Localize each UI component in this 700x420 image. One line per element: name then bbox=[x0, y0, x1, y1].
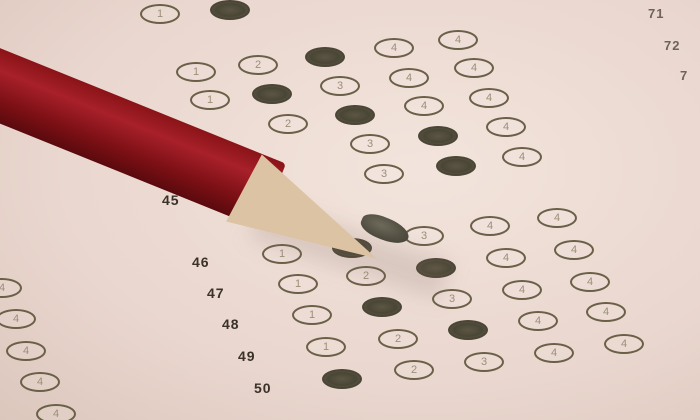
answer-bubble: 4 bbox=[20, 372, 60, 392]
answer-bubble-q49: 1 bbox=[306, 337, 346, 357]
margin-number-72: 72 bbox=[664, 38, 680, 53]
answer-bubble: 4 bbox=[374, 38, 414, 58]
answer-bubble: 3 bbox=[350, 134, 390, 154]
answer-bubble: 4 bbox=[0, 278, 22, 298]
answer-bubble: 1 bbox=[176, 62, 216, 82]
answer-bubble-q49: 2 bbox=[378, 329, 418, 349]
answer-bubble: 2 bbox=[335, 105, 375, 125]
answer-bubble: 4 bbox=[404, 96, 444, 116]
answer-bubble: 1 bbox=[140, 4, 180, 24]
answer-bubble-q46: 3 bbox=[404, 226, 444, 246]
answer-bubble-q50: 4 bbox=[534, 343, 574, 363]
answer-bubble-q49: 3 bbox=[448, 320, 488, 340]
answer-bubble-q48: 2 bbox=[362, 297, 402, 317]
answer-bubble: 3 bbox=[320, 76, 360, 96]
question-number-48: 48 bbox=[222, 316, 240, 332]
answer-bubble: 2 bbox=[252, 84, 292, 104]
answer-bubble: 3 bbox=[364, 164, 404, 184]
answer-bubble-q47: 4 bbox=[554, 240, 594, 260]
answer-bubble-q46: 4 bbox=[537, 208, 577, 228]
answer-bubble-q49: 4 bbox=[518, 311, 558, 331]
answer-bubble: 3 bbox=[418, 126, 458, 146]
answer-bubble: 1 bbox=[190, 90, 230, 110]
answer-bubble: 4 bbox=[6, 341, 46, 361]
answer-bubble: 4 bbox=[36, 404, 76, 420]
answer-bubble: 4 bbox=[502, 147, 542, 167]
question-number-47: 47 bbox=[207, 285, 225, 301]
question-number-50: 50 bbox=[254, 380, 272, 396]
answer-bubble: 4 bbox=[389, 68, 429, 88]
answer-bubble-q46: 4 bbox=[470, 216, 510, 236]
answer-bubble: 4 bbox=[486, 117, 526, 137]
answer-bubble-q49: 4 bbox=[586, 302, 626, 322]
answer-bubble: 2 bbox=[210, 0, 250, 20]
answer-bubble: 2 bbox=[238, 55, 278, 75]
question-number-46: 46 bbox=[192, 254, 210, 270]
answer-bubble: 4 bbox=[454, 58, 494, 78]
answer-bubble-q48: 4 bbox=[502, 280, 542, 300]
answer-bubble-q47: 1 bbox=[278, 274, 318, 294]
answer-bubble-q50: 2 bbox=[394, 360, 434, 380]
answer-bubble: 4 bbox=[469, 88, 509, 108]
answer-bubble-q50: 4 bbox=[604, 334, 644, 354]
answer-bubble: 4 bbox=[0, 309, 36, 329]
answer-bubble-q48: 4 bbox=[570, 272, 610, 292]
answer-bubble: 2 bbox=[268, 114, 308, 134]
answer-bubble: 2 bbox=[305, 47, 345, 67]
answer-sheet-photo: 1234412344123441234412344121224412344224… bbox=[0, 0, 700, 420]
answer-bubble-q48: 1 bbox=[292, 305, 332, 325]
answer-bubble-q47: 4 bbox=[486, 248, 526, 268]
answer-bubble: 3 bbox=[436, 156, 476, 176]
answer-bubble: 4 bbox=[438, 30, 478, 50]
answer-bubble-q50: 3 bbox=[464, 352, 504, 372]
margin-number-7: 7 bbox=[680, 68, 688, 83]
answer-bubble-q50: 1 bbox=[322, 369, 362, 389]
margin-number-71: 71 bbox=[648, 6, 664, 21]
question-number-49: 49 bbox=[238, 348, 256, 364]
